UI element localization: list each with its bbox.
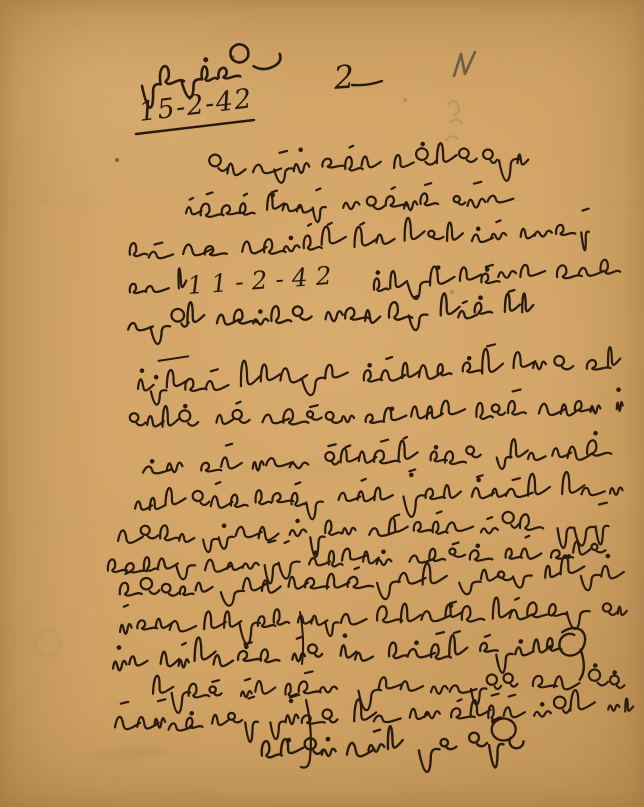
- handwriting-line-4-end: [373, 254, 621, 302]
- handwriting-line-4-start: [128, 268, 187, 294]
- handwriting-line-17-signoff: (short indented closing sign-off line): [261, 718, 525, 781]
- paper-speck-2: [450, 290, 455, 295]
- line-14-curl-flourish: [559, 628, 587, 681]
- handwriting-line-8: [142, 430, 612, 482]
- handwriting-line-3: [129, 208, 591, 274]
- handwriting-layer: Cursive Tamil handwriting in dark ink; b…: [0, 0, 644, 807]
- header-word-flourish: [230, 41, 282, 72]
- page-number: 2: [331, 58, 355, 97]
- smudge-stain: [94, 745, 171, 761]
- handwriting-line-15: [153, 664, 625, 714]
- handwriting-line-7: [129, 386, 623, 431]
- pencil-mark-n: N: [454, 52, 475, 76]
- handwriting-line-16: [114, 683, 634, 747]
- long-descender-flourish: [301, 700, 311, 768]
- signoff-spiral-flourish: [491, 718, 524, 750]
- ring-stain: [35, 630, 61, 656]
- handwriting-line-6: [136, 334, 621, 406]
- overbar-mark: [158, 356, 188, 361]
- page-number-tail: [352, 81, 382, 85]
- inline-date: 11-2-42: [186, 260, 340, 300]
- ink-speck: [115, 158, 119, 162]
- handwriting-line-12: [119, 551, 625, 611]
- handwriting-line-2: [185, 180, 514, 226]
- handwriting-line-1: [209, 138, 529, 194]
- ghost-pencil-marks: [446, 101, 462, 140]
- paper-speck: [403, 98, 407, 102]
- handwriting-line-10: [117, 503, 609, 562]
- letter-photo: Cursive Tamil handwriting in dark ink; b…: [0, 0, 644, 807]
